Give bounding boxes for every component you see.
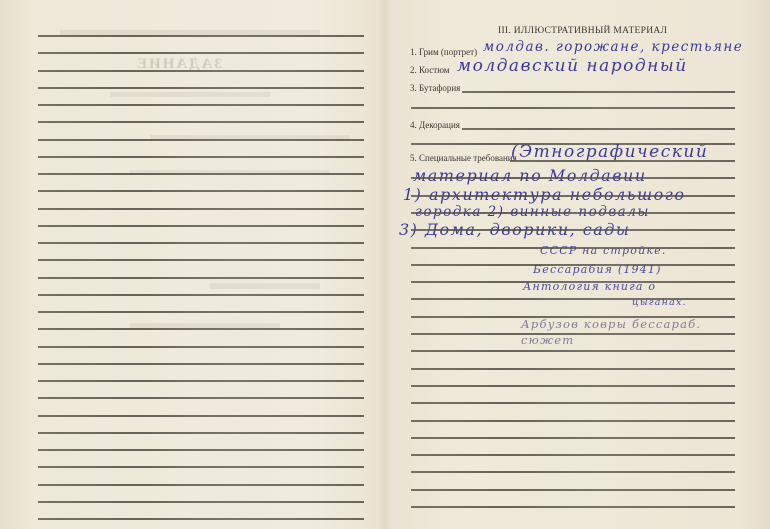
ruled-line [510, 160, 735, 162]
ruled-line [411, 506, 735, 508]
field-label-butaforiya: 3. Бутафория [410, 83, 460, 93]
field-label-kostyum: 2. Костюм [410, 65, 450, 75]
ruled-line [38, 35, 364, 37]
ruled-line [411, 195, 735, 197]
ruled-line [411, 264, 735, 266]
ruled-line [38, 156, 364, 158]
ruled-line [38, 363, 364, 365]
ruled-line [38, 518, 364, 520]
field-label: Костюм [419, 65, 450, 75]
ruled-line [411, 212, 735, 214]
ruled-line [411, 316, 735, 318]
field-label-special: 5. Специальные требования [410, 153, 517, 163]
ruled-line [38, 466, 364, 468]
pencil-note-line: Арбузов ковры бессараб. [521, 317, 701, 331]
field-label-dekoratsiya: 4. Декорация [410, 120, 460, 130]
ruled-line [411, 402, 735, 404]
ruled-line [411, 247, 735, 249]
ruled-line [38, 121, 364, 123]
handwritten-kostyum: молдавский народный [457, 56, 688, 76]
ruled-line [411, 454, 735, 456]
ruled-line [411, 350, 735, 352]
ruled-line [411, 281, 735, 283]
ruled-line [38, 208, 364, 210]
pencil-note-line: сюжет [521, 333, 574, 347]
ruled-line [38, 346, 364, 348]
ruled-line [411, 471, 735, 473]
field-number: 5. [410, 153, 417, 163]
ruled-line [38, 449, 364, 451]
ruled-line [38, 259, 364, 261]
ruled-line [411, 489, 735, 491]
handwritten-special-heading: (Этнографический [511, 142, 708, 162]
field-number: 2. [410, 65, 417, 75]
handwritten-special-line: материал по Молдавии [413, 166, 647, 185]
field-number: 4. [410, 120, 417, 130]
ruled-line [38, 70, 364, 72]
ruled-line [411, 229, 735, 231]
ruled-line [38, 294, 364, 296]
ruled-line [38, 87, 364, 89]
ruled-line [38, 104, 364, 106]
section-title: III. ИЛЛЮСТРАТИВНЫЙ МАТЕРИАЛ [498, 26, 667, 36]
field-underline [462, 128, 735, 130]
ruled-line [411, 385, 735, 387]
ruled-line [38, 380, 364, 382]
ruled-line [38, 501, 364, 503]
ruled-line [411, 333, 735, 335]
bleed-through-line [130, 323, 280, 328]
ruled-line [38, 277, 364, 279]
field-label: Декорация [419, 120, 460, 130]
ruled-line [38, 225, 364, 227]
ruled-line [38, 139, 364, 141]
field-number: 3. [410, 83, 417, 93]
ruled-line [38, 415, 364, 417]
handwritten-grim: молдав. горожане, крестьяне [483, 39, 743, 55]
left-page: ЗАДАНИЕ [0, 0, 385, 529]
ruled-line [38, 432, 364, 434]
ruled-line [38, 328, 364, 330]
ruled-line [38, 397, 364, 399]
ruled-line [38, 484, 364, 486]
ruled-line [411, 298, 735, 300]
bleed-through-line [210, 283, 320, 289]
field-number: 1. [410, 47, 417, 57]
ruled-line [38, 52, 364, 54]
field-label: Бутафория [419, 83, 460, 93]
ruled-line [411, 368, 735, 370]
bleed-through-line [110, 92, 270, 97]
ruled-line [411, 177, 735, 179]
ruled-line [411, 437, 735, 439]
document-spread: ЗАДАНИЕ III. ИЛЛЮСТРАТИВНЫЙ МАТЕРИАЛ 1. … [0, 0, 770, 529]
field-label: Специальные требования [419, 153, 517, 163]
ruled-line [411, 420, 735, 422]
ruled-line [38, 173, 364, 175]
right-page: III. ИЛЛЮСТРАТИВНЫЙ МАТЕРИАЛ 1. Грим (по… [385, 0, 770, 529]
ruled-line [38, 190, 364, 192]
field-underline [411, 107, 735, 109]
ruled-line [38, 242, 364, 244]
ruled-line [38, 311, 364, 313]
field-underline [462, 91, 735, 93]
